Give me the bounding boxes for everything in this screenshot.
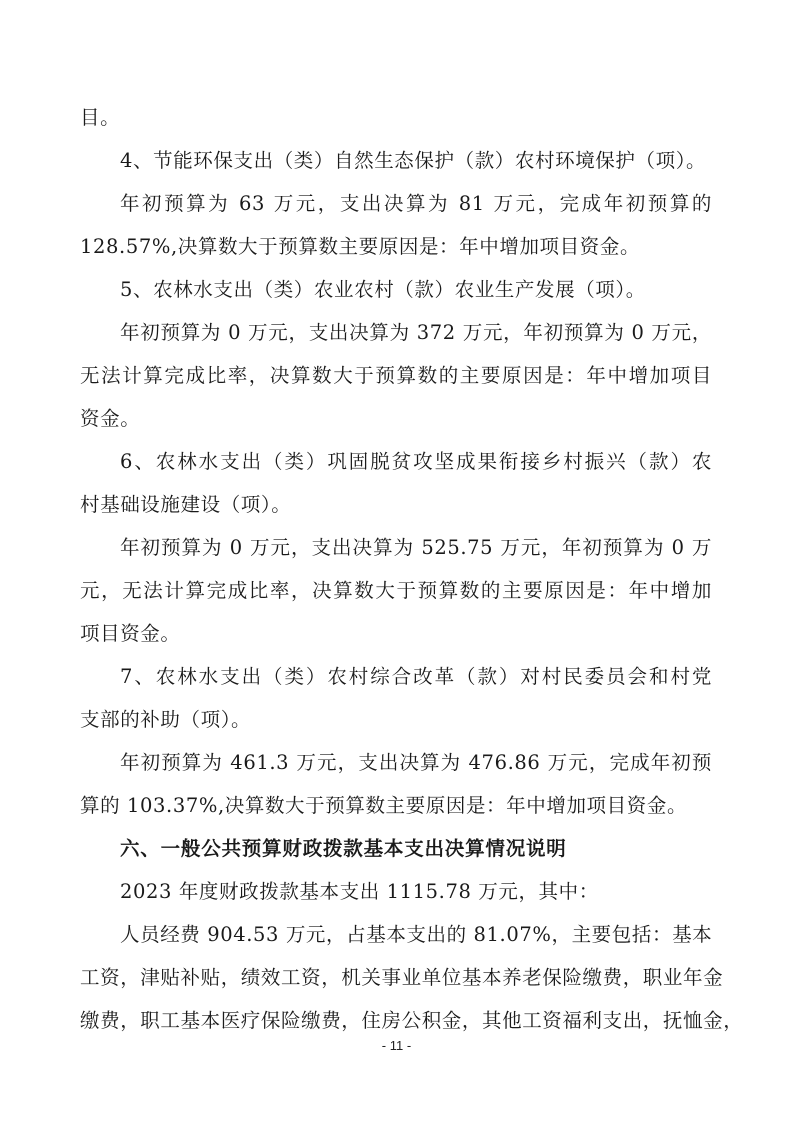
section-heading-6: 六、一般公共预算财政拨款基本支出决算情况说明	[120, 834, 712, 864]
text-line-4: 128.57%,决算数大于预算数主要原因是：年中增加项目资金。	[80, 232, 712, 262]
text-line-11: 年初预算为 0 万元，支出决算为 525.75 万元，年初预算为 0 万	[120, 533, 712, 563]
section-item-7-title: 7、农林水支出（类）农村综合改革（款）对村民委员会和村党	[120, 662, 712, 692]
section-item-4-title: 4、节能环保支出（类）自然生态保护（款）农村环境保护（项）。	[120, 146, 712, 176]
text-line-13: 项目资金。	[80, 619, 712, 649]
text-line-7: 无法计算完成比率，决算数大于预算数的主要原因是：年中增加项目	[80, 361, 712, 391]
text-line-3: 年初预算为 63 万元，支出决算为 81 万元，完成年初预算的	[120, 189, 712, 219]
text-line-1: 目。	[80, 103, 712, 133]
text-line-6: 年初预算为 0 万元，支出决算为 372 万元，年初预算为 0 万元，	[120, 318, 712, 348]
text-line-15: 支部的补助（项）。	[80, 705, 712, 735]
section-item-6-title: 6、农林水支出（类）巩固脱贫攻坚成果衔接乡村振兴（款）农	[120, 447, 712, 477]
text-line-12: 元，无法计算完成比率，决算数大于预算数的主要原因是：年中增加	[80, 576, 712, 606]
text-line-21: 工资，津贴补贴，绩效工资，机关事业单位基本养老保险缴费，职业年金	[80, 963, 712, 993]
section-item-5-title: 5、农林水支出（类）农业农村（款）农业生产发展（项）。	[120, 275, 712, 305]
text-line-8: 资金。	[80, 404, 712, 434]
text-line-20: 人员经费 904.53 万元，占基本支出的 81.07%，主要包括：基本	[120, 920, 712, 950]
text-line-17: 算的 103.37%,决算数大于预算数主要原因是：年中增加项目资金。	[80, 791, 712, 821]
page-number: - 11 -	[0, 1038, 793, 1053]
document-page: 目。 4、节能环保支出（类）自然生态保护（款）农村环境保护（项）。 年初预算为 …	[0, 0, 793, 1122]
text-line-22: 缴费，职工基本医疗保险缴费，住房公积金，其他工资福利支出，抚恤金，	[80, 1006, 712, 1036]
text-line-19: 2023 年度财政拨款基本支出 1115.78 万元，其中：	[120, 877, 712, 907]
text-line-16: 年初预算为 461.3 万元，支出决算为 476.86 万元，完成年初预	[120, 748, 712, 778]
text-line-10: 村基础设施建设（项）。	[80, 490, 712, 520]
